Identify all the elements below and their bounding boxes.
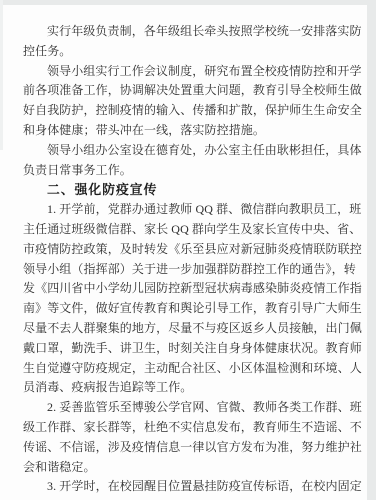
document-page: 实行年级负责制，各年级组长牵头按照学校统一安排落实防 控任务。 领导小组实行工作…: [23, 22, 363, 497]
doc-line: 戴口罩，勤洗手、讲卫生，时刻关注自身身体健康状况。教育师: [23, 339, 363, 359]
doc-line: 领导小组实行工作会议制度，研究布置全校疫情防控和开学: [23, 62, 363, 82]
doc-line: 实行年级负责制，各年级组长牵头按照学校统一安排落实防: [23, 22, 363, 42]
doc-line: 生自觉遵守防疫规定，主动配合社区、小区体温检测和环境、人: [23, 359, 363, 379]
scan-edge-left: [0, 0, 3, 150]
doc-line: 好自我防护，控制疫情的输入、传播和扩散，保护师生生命安全: [23, 101, 363, 121]
doc-line: 领导小组办公室设在德育处，办公室主任由耿彬担任，具体: [23, 141, 363, 161]
doc-line: 发《四川省中小学幼儿园防控新型冠状病毒感染肺炎疫情工作指: [23, 279, 363, 299]
scan-edge-right: [367, 0, 376, 500]
doc-line: 1. 开学前，党群办通过教师 QQ 群、微信群向教职员工，班: [23, 200, 363, 220]
doc-line: 和身体健康；带头冲在一线，落实防控措施。: [23, 121, 363, 141]
doc-line: 3. 开学时，在校园醒目位置悬挂防疫宣传标语，在校内固定: [23, 477, 363, 497]
doc-line: 尽量不去人群聚集的地方，尽量不与疫区返乡人员接触，出门佩: [23, 319, 363, 339]
doc-line: 控任务。: [23, 42, 363, 62]
doc-line: 员消毒、疫病报告追踪等工作。: [23, 378, 363, 398]
doc-line: 2. 妥善监管乐至博骏公学官网、官微、教师各类工作群、班: [23, 398, 363, 418]
doc-line: 负责日常事务工作。: [23, 161, 363, 181]
section-heading: 二、强化防疫宣传: [23, 180, 363, 200]
scan-edge-top: [0, 0, 376, 5]
doc-line: 主任通过班级微信群、家长 QQ 群向学生及家长宣传中央、省、: [23, 220, 363, 240]
doc-line: 领导小组（指挥部）关于进一步加强群防群控工作的通告》，转: [23, 260, 363, 280]
doc-line: 会和谐稳定。: [23, 458, 363, 478]
doc-line: 南》等文件，做好宣传教育和舆论引导工作，教育引导广大师生: [23, 299, 363, 319]
doc-line: 传谣、不信谣，涉及疫情信息一律以官方发布为准，努力维护社: [23, 438, 363, 458]
doc-line: 前各项准备工作，协调解决处置重大问题，教育引导全校师生做: [23, 81, 363, 101]
doc-line: 级工作群、家长群等，杜绝不实信息发布，教育师生不造谣、不: [23, 418, 363, 438]
doc-line: 市疫情防控政策，及时转发《乐至县应对新冠肺炎疫情联防联控: [23, 240, 363, 260]
